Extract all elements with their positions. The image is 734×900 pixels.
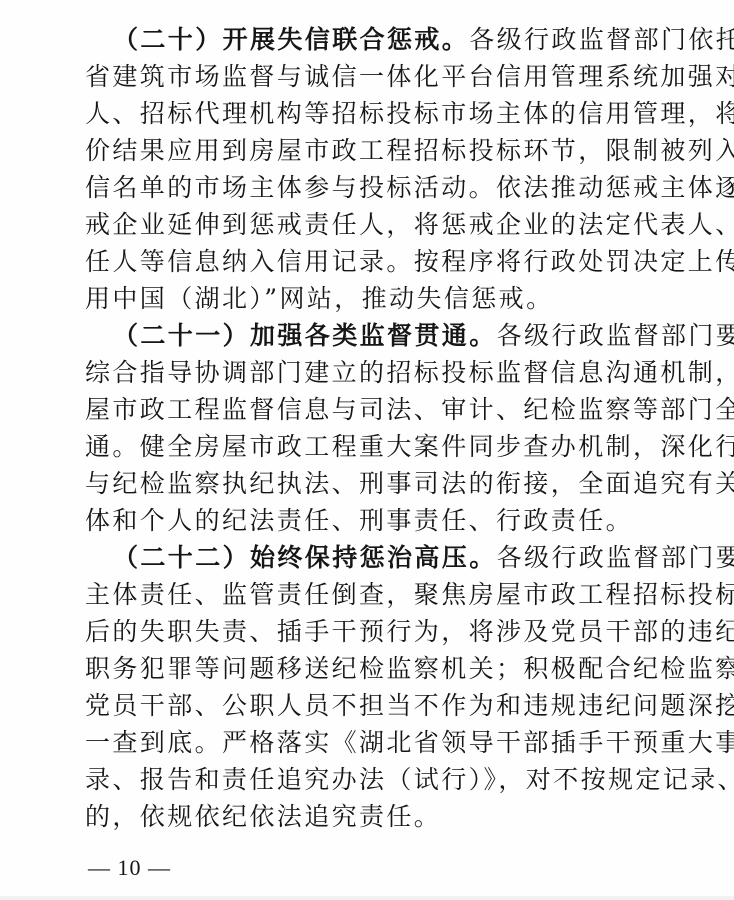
paragraph-line: （二十二）始终保持惩治高压。各级行政监督部门要强化 [85, 539, 641, 576]
paragraph-line: 用中国（湖北）”网站，推动失信惩戒。 [85, 280, 641, 317]
section-heading: （二十）开展失信联合惩戒。 [113, 25, 469, 54]
paragraph-line: 后的失职失责、插手干预行为，将涉及党员干部的违纪违法、 [85, 613, 641, 650]
paragraph-line: （二十一）加强各类监督贯通。各级行政监督部门要按照 [85, 317, 641, 354]
paragraph-line: 通。健全房屋市政工程重大案件同步查办机制，深化行政执法 [85, 428, 641, 465]
section-heading: （二十一）加强各类监督贯通。 [113, 321, 497, 350]
paragraph-line: 信名单的市场主体参与投标活动。依法推动惩戒主体逐步从惩 [85, 169, 641, 206]
paragraph-text: 各级行政监督部门要强化 [497, 543, 734, 572]
paragraph-line: 任人等信息纳入信用记录。按程序将行政处罚决定上传至“信 [85, 243, 641, 280]
scan-bottom-edge [0, 896, 734, 900]
paragraph-line: 戒企业延伸到惩戒责任人，将惩戒企业的法定代表人、直接责 [85, 206, 641, 243]
paragraph-line: 主体责任、监管责任倒查，聚焦房屋市政工程招标投标问题背 [85, 576, 641, 613]
paragraph-line: 的，依规依纪依法追究责任。 [85, 798, 641, 835]
page-number: — 10 — [88, 853, 171, 883]
paragraph-line: 一查到底。严格落实《湖北省领导干部插手干预重大事项记 [85, 724, 641, 761]
paragraph-line: 人、招标代理机构等招标投标市场主体的信用管理，将信用评 [85, 95, 641, 132]
paragraph-line: 与纪检监察执纪执法、刑事司法的衔接，全面追究有关经营主 [85, 465, 641, 502]
paragraph-line: 省建筑市场监督与诚信一体化平台信用管理系统加强对投标 [85, 58, 641, 95]
paragraph-line: 价结果应用到房屋市政工程招标投标环节，限制被列入严重失 [85, 132, 641, 169]
paragraph-line: （二十）开展失信联合惩戒。各级行政监督部门依托湖北 [85, 21, 641, 58]
paragraph-line: 体和个人的纪法责任、刑事责任、行政责任。 [85, 502, 641, 539]
paragraph-line: 屋市政工程监督信息与司法、审计、纪检监察等部门全面互 [85, 391, 641, 428]
document-page: （二十）开展失信联合惩戒。各级行政监督部门依托湖北 省建筑市场监督与诚信一体化平… [0, 0, 734, 900]
paragraph-line: 录、报告和责任追究办法（试行）》，对不按规定记录、报告 [85, 761, 641, 798]
paragraph-line: 党员干部、公职人员不担当不作为和违规违纪问题深挖彻查、 [85, 687, 641, 724]
document-body: （二十）开展失信联合惩戒。各级行政监督部门依托湖北 省建筑市场监督与诚信一体化平… [85, 21, 641, 835]
section-heading: （二十二）始终保持惩治高压。 [113, 543, 497, 572]
paragraph-text: 各级行政监督部门依托湖北 [469, 25, 734, 54]
paragraph-line: 职务犯罪等问题移送纪检监察机关；积极配合纪检监察机关对 [85, 650, 641, 687]
paragraph-text: 各级行政监督部门要按照 [497, 321, 734, 350]
paragraph-line: 综合指导协调部门建立的招标投标监督信息沟通机制，推动房 [85, 354, 641, 391]
